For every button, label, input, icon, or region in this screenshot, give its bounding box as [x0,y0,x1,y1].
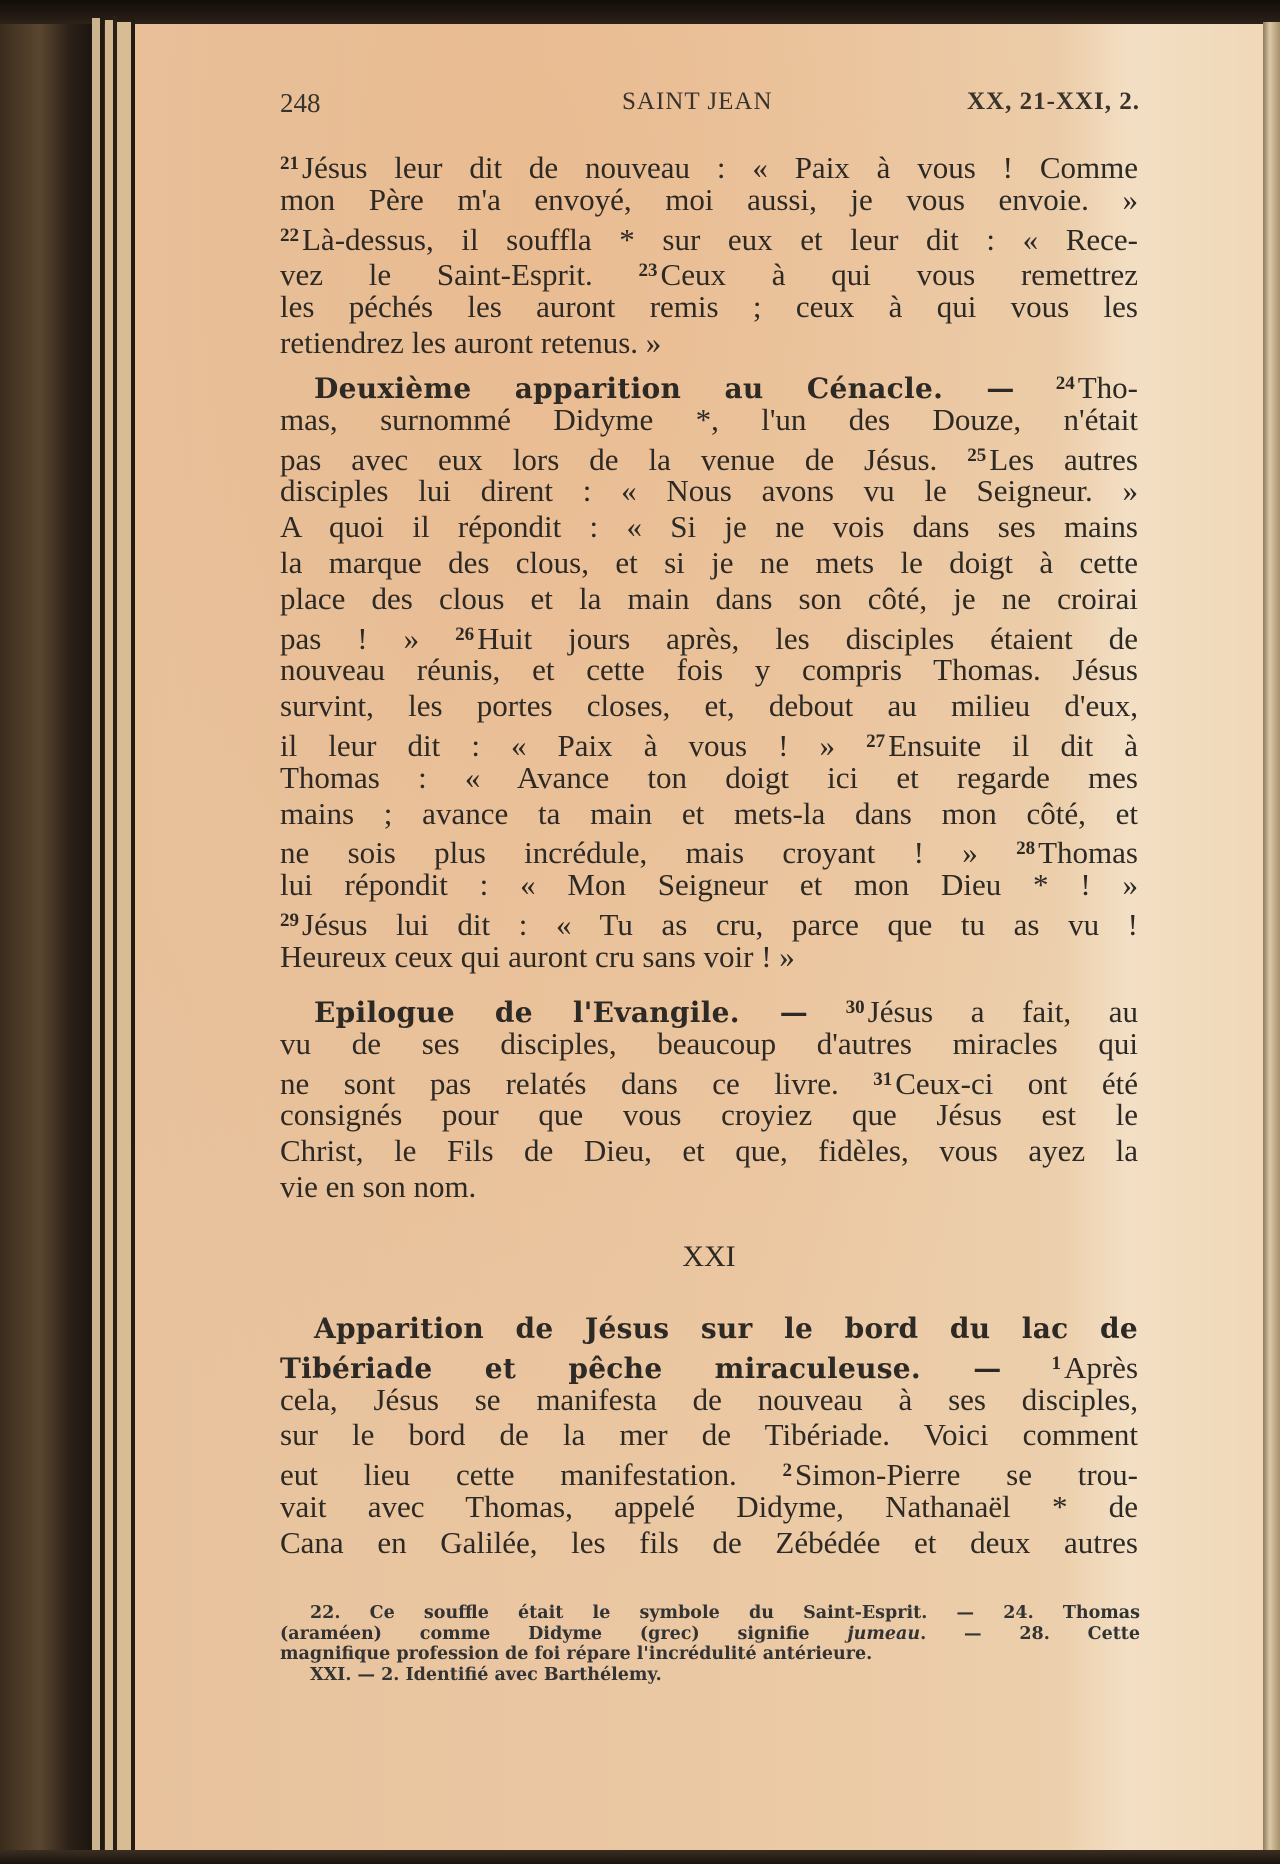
footnote-line: (araméen) comme Didyme (grec) signifie j… [280,1624,1140,1645]
text-line: ne sont pas relatés dans ce livre. 31Ceu… [280,1062,1138,1098]
section-heading: Deuxième apparition au Cénacle. — [314,372,1015,405]
text-line: la marque des clous, et si je ne mets le… [280,545,1138,581]
text-line: pas avec eux lors de la venue de Jésus. … [280,438,1138,474]
text-line: Heureux ceux qui auront cru sans voir ! … [280,939,1138,975]
book-bottom-shadow [0,1850,1280,1864]
text-line: Cana en Galilée, les fils de Zébédée et … [280,1525,1138,1561]
text-line: mon Père m'a envoyé, moi aussi, je vous … [280,182,1138,218]
text-line: Apparition de Jésus sur le bord du lac d… [280,1310,1138,1346]
verse-number: 21 [280,153,299,174]
chapter-verse-reference: XX, 21-XXI, 2. [967,88,1140,116]
page-stack-edge [105,20,113,1852]
text-line: les péchés les auront remis ; ceux à qui… [280,289,1138,325]
verse-number: 1 [1051,1353,1061,1374]
text-line: Thomas : « Avance ton doigt ici et regar… [280,760,1138,796]
text-line: consignés pour que vous croyiez que Jésu… [280,1097,1138,1133]
page-stack-edge [100,16,104,1852]
text-line: cela, Jésus se manifesta de nouveau à se… [280,1382,1138,1418]
text-line: disciples lui dirent : « Nous avons vu l… [280,473,1138,509]
text-line: Deuxième apparition au Cénacle. — 24Tho- [280,366,1138,402]
text-line: ne sois plus incrédule, mais croyant ! »… [280,831,1138,867]
footnotes: 22. Ce souffle était le symbole du Saint… [280,1603,1140,1685]
running-head: 248 SAINT JEAN XX, 21-XXI, 2. [280,88,1140,122]
text-line: Epilogue de l'Evangile. — 30Jésus a fait… [280,990,1138,1026]
page-stack-edge [117,22,131,1852]
italic-term: jumeau [847,1624,920,1644]
page-number: 248 [280,88,321,119]
text-line: pas ! » 26Huit jours après, les disciple… [280,617,1138,653]
paragraph-deuxieme-apparition: Deuxième apparition au Cénacle. — 24Tho-… [280,366,1138,975]
paragraph-apparition-tiberiade: Apparition de Jésus sur le bord du lac d… [280,1310,1138,1561]
section-heading: Epilogue de l'Evangile. — [314,996,808,1029]
text-line: vie en son nom. [280,1169,1138,1205]
text-line: vu de ses disciples, beaucoup d'autres m… [280,1026,1138,1062]
verse-number: 2 [783,1460,793,1481]
verse-number: 29 [280,910,299,931]
text-line: retiendrez les auront retenus. » [280,325,1138,361]
section-heading: Tibériade et pêche miraculeuse. — [280,1352,1002,1385]
paragraph-epilogue: Epilogue de l'Evangile. — 30Jésus a fait… [280,990,1138,1205]
text-line: vait avec Thomas, appelé Didyme, Nathana… [280,1489,1138,1525]
book-top-shadow [0,0,1280,24]
paragraph-verses-21-23: 21Jésus leur dit de nouveau : « Paix à v… [280,146,1138,361]
verse-number: 24 [1056,373,1075,394]
facing-page-edge [1263,22,1280,1852]
text-line: nouveau réunis, et cette fois y compris … [280,652,1138,688]
verse-number: 22 [280,225,299,246]
page-stack-edge [92,18,100,1852]
verse-number: 28 [1016,838,1035,859]
verse-number: 30 [846,997,865,1018]
verse-number: 25 [967,445,986,466]
footnote-line: magnifique profession de foi répare l'in… [280,1644,1140,1665]
text-line: 22Là-dessus, il souffla * sur eux et leu… [280,218,1138,254]
verse-number: 31 [873,1069,892,1090]
text-line: Tibériade et pêche miraculeuse. — 1Après [280,1346,1138,1382]
text-line: mas, surnommé Didyme *, l'un des Douze, … [280,402,1138,438]
footnote-line: XXI. — 2. Identifié avec Barthélemy. [280,1665,1140,1686]
text-line: place des clous et la main dans son côté… [280,581,1138,617]
text-line: 29Jésus lui dit : « Tu as cru, parce que… [280,903,1138,939]
verse-number: 27 [866,731,885,752]
text-line: mains ; avance ta main et mets-la dans m… [280,796,1138,832]
footnote-line: 22. Ce souffle était le symbole du Saint… [280,1603,1140,1624]
text-line: 21Jésus leur dit de nouveau : « Paix à v… [280,146,1138,182]
book-title: SAINT JEAN [622,88,773,116]
verse-number: 23 [639,260,658,281]
text-line: sur le bord de la mer de Tibériade. Voic… [280,1417,1138,1453]
chapter-heading: XXI [280,1240,1138,1274]
text-line: vez le Saint-Esprit. 23Ceux à qui vous r… [280,253,1138,289]
text-line: A quoi il répondit : « Si je ne vois dan… [280,509,1138,545]
section-heading: Apparition de Jésus sur le bord du lac d… [314,1312,1138,1345]
text-line: Christ, le Fils de Dieu, et que, fidèles… [280,1133,1138,1169]
verse-number: 26 [455,624,474,645]
text-line: eut lieu cette manifestation. 2Simon-Pie… [280,1453,1138,1489]
text-line: survint, les portes closes, et, debout a… [280,688,1138,724]
text-line: il leur dit : « Paix à vous ! » 27Ensuit… [280,724,1138,760]
text-line: lui répondit : « Mon Seigneur et mon Die… [280,867,1138,903]
